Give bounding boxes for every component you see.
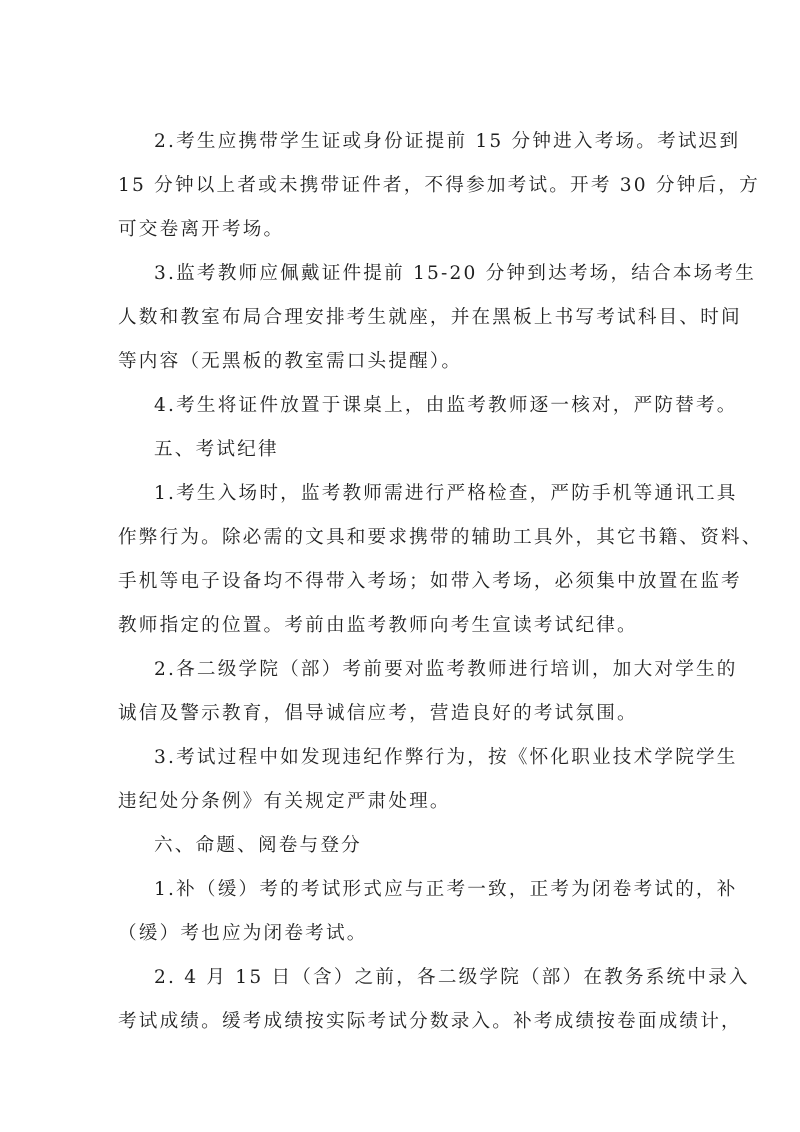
paragraph-line: 诚信及警示教育，倡导诚信应考，营造良好的考试氛围。 (118, 701, 684, 727)
document-page: 2.考生应携带学生证或身份证提前 15 分钟进入考场。考试迟到 15 分钟以上者… (0, 0, 800, 1132)
paragraph-line: 1.补（缓）考的考试形式应与正考一致，正考为闭卷考试的，补 (154, 877, 720, 903)
paragraph-line: 2.各二级学院（部）考前要对监考教师进行培训，加大对学生的 (154, 657, 720, 683)
paragraph-line: 15 分钟以上者或未携带证件者，不得参加考试。开考 30 分钟后，方 (118, 173, 684, 199)
paragraph-line: 人数和教室布局合理安排考生就座，并在黑板上书写考试科目、时间 (118, 305, 684, 331)
paragraph-line: 考试成绩。缓考成绩按实际考试分数录入。补考成绩按卷面成绩计， (118, 1009, 684, 1035)
paragraph-line: 等内容（无黑板的教室需口头提醒）。 (118, 349, 684, 375)
paragraph-line: 4.考生将证件放置于课桌上，由监考教师逐一核对，严防替考。 (154, 393, 720, 419)
section-heading: 五、考试纪律 (154, 437, 720, 463)
paragraph-line: 作弊行为。除必需的文具和要求携带的辅助工具外，其它书籍、资料、 (118, 525, 684, 551)
paragraph-line: 1.考生入场时，监考教师需进行严格检查，严防手机等通讯工具 (154, 481, 720, 507)
section-heading: 六、命题、阅卷与登分 (154, 833, 720, 859)
paragraph-line: 2.考生应携带学生证或身份证提前 15 分钟进入考场。考试迟到 (154, 129, 720, 155)
paragraph-line: 2. 4 月 15 日（含）之前，各二级学院（部）在教务系统中录入 (154, 965, 720, 991)
paragraph-line: （缓）考也应为闭卷考试。 (118, 921, 684, 947)
paragraph-line: 3.考试过程中如发现违纪作弊行为，按《怀化职业技术学院学生 (154, 745, 720, 771)
paragraph-line: 违纪处分条例》有关规定严肃处理。 (118, 789, 684, 815)
paragraph-line: 教师指定的位置。考前由监考教师向考生宣读考试纪律。 (118, 613, 684, 639)
paragraph-line: 可交卷离开考场。 (118, 217, 684, 243)
paragraph-line: 手机等电子设备均不得带入考场；如带入考场，必须集中放置在监考 (118, 569, 684, 595)
paragraph-line: 3.监考教师应佩戴证件提前 15-20 分钟到达考场，结合本场考生 (154, 261, 720, 287)
